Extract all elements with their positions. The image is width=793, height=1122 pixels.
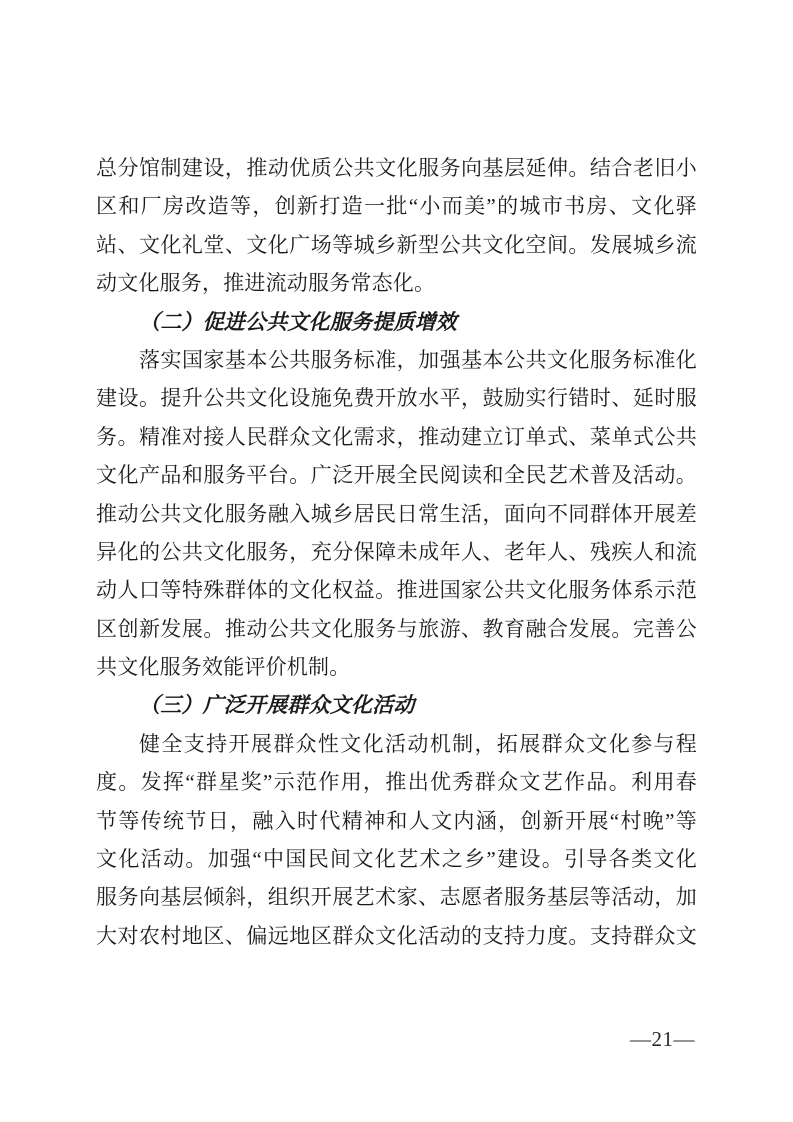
heading-line: （三）广泛开展群众文化活动 [96, 686, 697, 724]
heading-line: （二）促进公共文化服务提质增效 [96, 303, 697, 341]
text-line: 总分馆制建设，推动优质公共文化服务向基层延伸。结合老旧小 [96, 149, 697, 187]
text-line: 站、文化礼堂、文化广场等城乡新型公共文化空间。发展城乡流 [96, 226, 697, 264]
text-line: 健全支持开展群众性文化活动机制，拓展群众文化参与程 [96, 725, 697, 763]
text-line: 节等传统节日，融入时代精神和人文内涵，创新开展“村晚”等 [96, 802, 697, 840]
section-heading: （三）广泛开展群众文化活动 [96, 686, 697, 724]
text-line: 度。发挥“群星奖”示范作用，推出优秀群众文艺作品。利用春 [96, 763, 697, 801]
text-line: 务。精准对接人民群众文化需求，推动建立订单式、菜单式公共 [96, 418, 697, 456]
document-page: 总分馆制建设，推动优质公共文化服务向基层延伸。结合老旧小区和厂房改造等，创新打造… [0, 0, 793, 1122]
text-line: 异化的公共文化服务，充分保障未成年人、老年人、残疾人和流 [96, 533, 697, 571]
text-line: 服务向基层倾斜，组织开展艺术家、志愿者服务基层等活动，加 [96, 878, 697, 916]
body-paragraph: 落实国家基本公共服务标准，加强基本公共文化服务标准化建设。提升公共文化设施免费开… [96, 341, 697, 687]
body-paragraph: 总分馆制建设，推动优质公共文化服务向基层延伸。结合老旧小区和厂房改造等，创新打造… [96, 149, 697, 303]
text-line: 共文化服务效能评价机制。 [96, 648, 697, 686]
body-paragraph: 健全支持开展群众性文化活动机制，拓展群众文化参与程度。发挥“群星奖”示范作用，推… [96, 725, 697, 955]
text-line: 动文化服务，推进流动服务常态化。 [96, 264, 697, 302]
text-line: 文化活动。加强“中国民间文化艺术之乡”建设。引导各类文化 [96, 840, 697, 878]
page-number: —21— [630, 1026, 695, 1052]
text-line: 动人口等特殊群体的文化权益。推进国家公共文化服务体系示范 [96, 571, 697, 609]
text-line: 文化产品和服务平台。广泛开展全民阅读和全民艺术普及活动。 [96, 456, 697, 494]
text-line: 区创新发展。推动公共文化服务与旅游、教育融合发展。完善公 [96, 610, 697, 648]
section-heading: （二）促进公共文化服务提质增效 [96, 303, 697, 341]
text-line: 推动公共文化服务融入城乡居民日常生活，面向不同群体开展差 [96, 495, 697, 533]
text-line: 建设。提升公共文化设施免费开放水平，鼓励实行错时、延时服 [96, 379, 697, 417]
text-line: 区和厂房改造等，创新打造一批“小而美”的城市书房、文化驿 [96, 187, 697, 225]
text-line: 落实国家基本公共服务标准，加强基本公共文化服务标准化 [96, 341, 697, 379]
text-line: 大对农村地区、偏远地区群众文化活动的支持力度。支持群众文 [96, 917, 697, 955]
document-body: 总分馆制建设，推动优质公共文化服务向基层延伸。结合老旧小区和厂房改造等，创新打造… [96, 149, 697, 955]
